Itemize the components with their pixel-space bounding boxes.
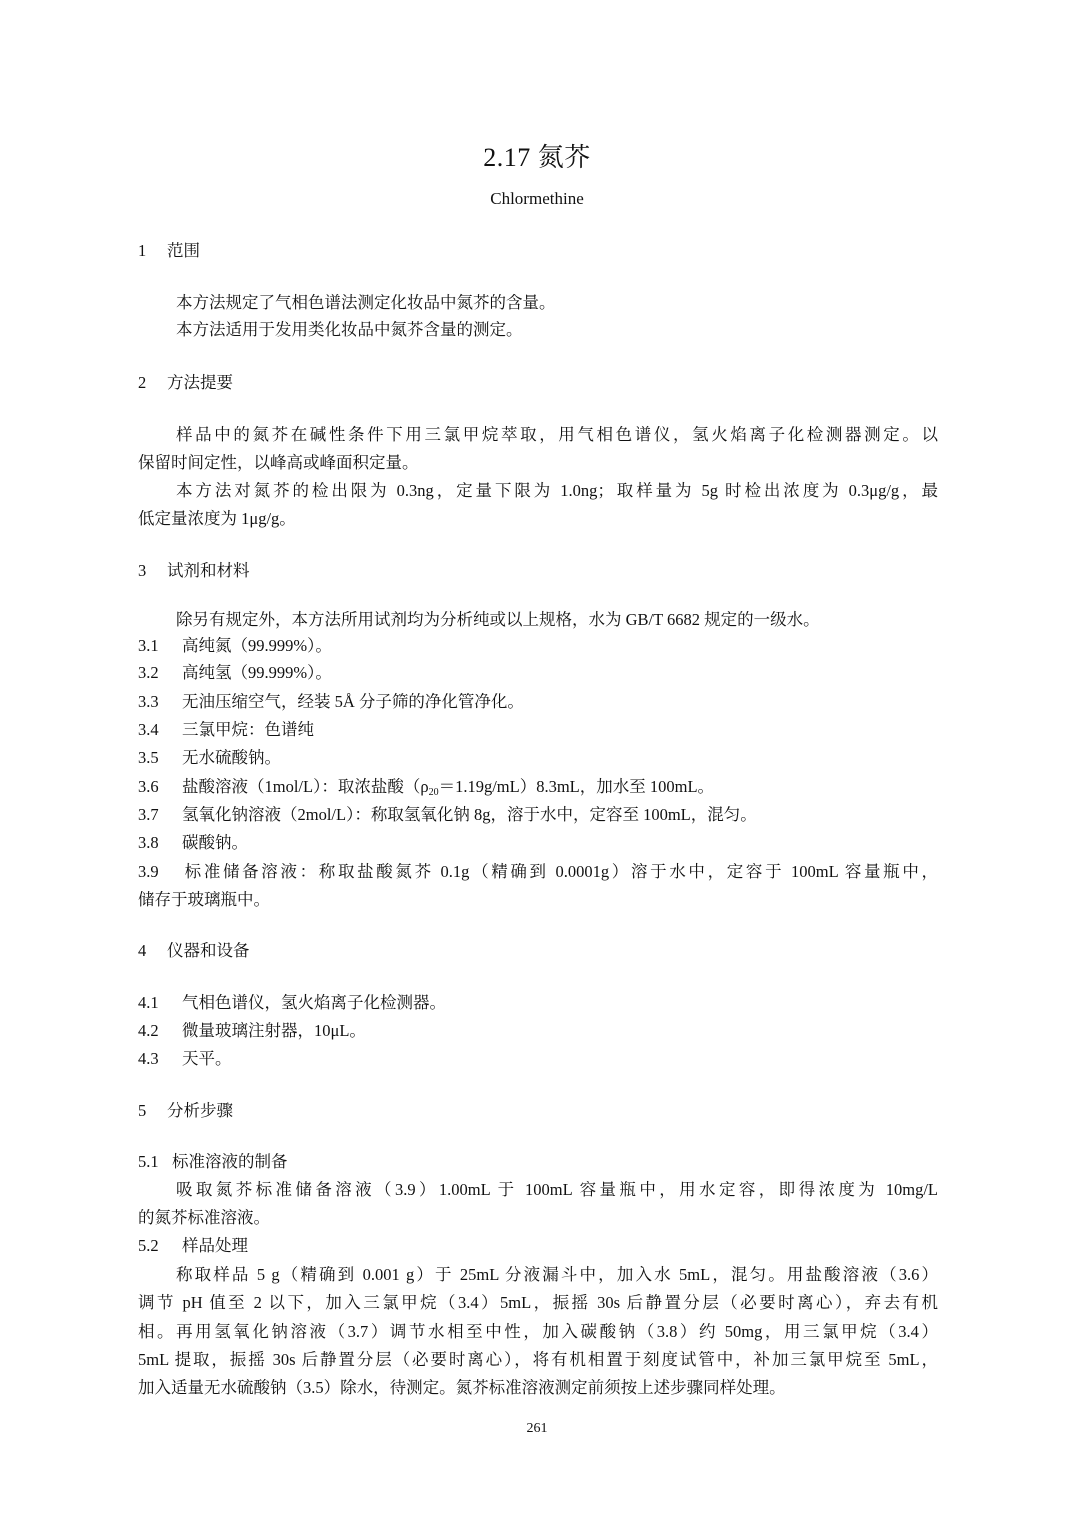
section-number: 2 <box>138 369 167 396</box>
subsection-number: 5.1 <box>138 1148 172 1175</box>
item-number: 3.8 <box>138 829 182 856</box>
paragraph-line: 除另有规定外，本方法所用试剂均为分析纯或以上规格，水为 GB/T 6682 规定… <box>176 606 938 633</box>
item-number: 3.9 <box>138 858 182 885</box>
subsection-title: 标准溶液的制备 <box>172 1152 288 1171</box>
item-number: 4.3 <box>138 1045 182 1072</box>
section-heading-4: 4仪器和设备 <box>138 937 938 964</box>
item-number: 3.2 <box>138 659 182 686</box>
subsection-heading-5-1: 5.1标准溶液的制备 <box>138 1148 938 1175</box>
item-number: 3.6 <box>138 773 182 800</box>
reagent-item: 3.4三氯甲烷：色谱纯 <box>138 716 938 743</box>
paragraph-line: 相。再用氢氧化钠溶液（3.7）调节水相至中性，加入碳酸钠（3.8）约 50mg，… <box>138 1318 938 1345</box>
paragraph-line: 的氮芥标准溶液。 <box>138 1204 938 1231</box>
paragraph-line: 5mL 提取，振摇 30s 后静置分层（必要时离心），将有机相置于刻度试管中，补… <box>138 1346 938 1373</box>
section-heading-1: 1范围 <box>138 237 938 264</box>
item-number: 3.5 <box>138 744 182 771</box>
paragraph-line: 调节 pH 值至 2 以下，加入三氯甲烷（3.4）5mL，振摇 30s 后静置分… <box>138 1289 938 1316</box>
paragraph-line: 称取样品 5 g（精确到 0.001 g）于 25mL 分液漏斗中，加入水 5m… <box>176 1261 938 1288</box>
section-number: 5 <box>138 1097 167 1124</box>
subsection-title: 样品处理 <box>182 1236 248 1255</box>
item-text: 高纯氮（99.999%）。 <box>182 636 332 655</box>
item-text: 盐酸溶液（1mol/L）：取浓盐酸（ρ <box>182 777 429 796</box>
paragraph-line: 低定量浓度为 1μg/g。 <box>138 505 938 532</box>
item-number: 4.1 <box>138 989 182 1016</box>
subsection-heading-5-2: 5.2样品处理 <box>138 1232 938 1259</box>
equipment-item: 4.2微量玻璃注射器，10μL。 <box>138 1017 938 1044</box>
item-text: ＝1.19g/mL）8.3mL，加水至 100mL。 <box>439 777 714 796</box>
reagent-item: 3.5无水硫酸钠。 <box>138 744 938 771</box>
paragraph-line: 样品中的氮芥在碱性条件下用三氯甲烷萃取，用气相色谱仪，氢火焰离子化检测器测定。以 <box>176 421 938 448</box>
paragraph-line: 本方法适用于发用类化妆品中氮芥含量的测定。 <box>176 316 938 343</box>
section-number: 4 <box>138 937 167 964</box>
item-text: 标准储备溶液：称取盐酸氮芥 0.1g（精确到 0.0001g）溶于水中，定容于 … <box>182 862 938 881</box>
item-text: 碳酸钠。 <box>182 833 248 852</box>
item-text: 气相色谱仪，氢火焰离子化检测器。 <box>182 993 446 1012</box>
subscript: 20 <box>429 787 439 798</box>
reagent-item: 3.6盐酸溶液（1mol/L）：取浓盐酸（ρ20＝1.19g/mL）8.3mL，… <box>138 773 938 800</box>
item-text: 氢氧化钠溶液（2mol/L）：称取氢氧化钠 8g，溶于水中，定容至 100mL，… <box>182 805 757 824</box>
subsection-number: 5.2 <box>138 1232 182 1259</box>
item-text: 无油压缩空气，经装 5Å 分子筛的净化管净化。 <box>182 692 524 711</box>
document-page: 2.17 氮芥 Chlormethine 1范围 本方法规定了气相色谱法测定化妆… <box>0 0 1074 1520</box>
reagent-item: 3.2高纯氢（99.999%）。 <box>138 659 938 686</box>
section-title: 分析步骤 <box>167 1101 233 1120</box>
reagent-item: 3.9标准储备溶液：称取盐酸氮芥 0.1g（精确到 0.0001g）溶于水中，定… <box>138 858 938 885</box>
section-title: 范围 <box>167 241 200 260</box>
reagent-item: 3.7氢氧化钠溶液（2mol/L）：称取氢氧化钠 8g，溶于水中，定容至 100… <box>138 801 938 828</box>
section-heading-2: 2方法提要 <box>138 369 938 396</box>
section-title: 方法提要 <box>167 373 233 392</box>
paragraph-line: 加入适量无水硫酸钠（3.5）除水，待测定。氮芥标准溶液测定前须按上述步骤同样处理… <box>138 1374 938 1401</box>
reagent-item: 3.1高纯氮（99.999%）。 <box>138 632 938 659</box>
equipment-item: 4.1气相色谱仪，氢火焰离子化检测器。 <box>138 989 938 1016</box>
item-number: 3.7 <box>138 801 182 828</box>
paragraph-line: 本方法对氮芥的检出限为 0.3ng，定量下限为 1.0ng；取样量为 5g 时检… <box>176 477 938 504</box>
paragraph-line: 吸取氮芥标准储备溶液（3.9）1.00mL 于 100mL 容量瓶中，用水定容，… <box>176 1176 938 1203</box>
item-text: 天平。 <box>182 1049 232 1068</box>
reagent-item: 3.8碳酸钠。 <box>138 829 938 856</box>
reagent-item: 3.3无油压缩空气，经装 5Å 分子筛的净化管净化。 <box>138 688 938 715</box>
item-text: 微量玻璃注射器，10μL。 <box>182 1021 366 1040</box>
item-text: 无水硫酸钠。 <box>182 748 281 767</box>
equipment-item: 4.3天平。 <box>138 1045 938 1072</box>
item-number: 3.4 <box>138 716 182 743</box>
section-heading-3: 3试剂和材料 <box>138 557 938 584</box>
item-number: 4.2 <box>138 1017 182 1044</box>
paragraph-line: 保留时间定性，以峰高或峰面积定量。 <box>138 449 938 476</box>
section-number: 1 <box>138 237 167 264</box>
section-heading-5: 5分析步骤 <box>138 1097 938 1124</box>
page-number: 261 <box>0 1418 1074 1440</box>
paragraph-line: 本方法规定了气相色谱法测定化妆品中氮芥的含量。 <box>176 289 938 316</box>
item-text: 三氯甲烷：色谱纯 <box>182 720 314 739</box>
section-number: 3 <box>138 557 167 584</box>
item-number: 3.1 <box>138 632 182 659</box>
document-title: 2.17 氮芥 <box>0 138 1074 178</box>
item-text: 高纯氢（99.999%）。 <box>182 663 332 682</box>
section-title: 仪器和设备 <box>167 941 250 960</box>
document-subtitle: Chlormethine <box>0 186 1074 212</box>
item-number: 3.3 <box>138 688 182 715</box>
section-title: 试剂和材料 <box>167 561 250 580</box>
paragraph-line: 储存于玻璃瓶中。 <box>138 886 938 913</box>
